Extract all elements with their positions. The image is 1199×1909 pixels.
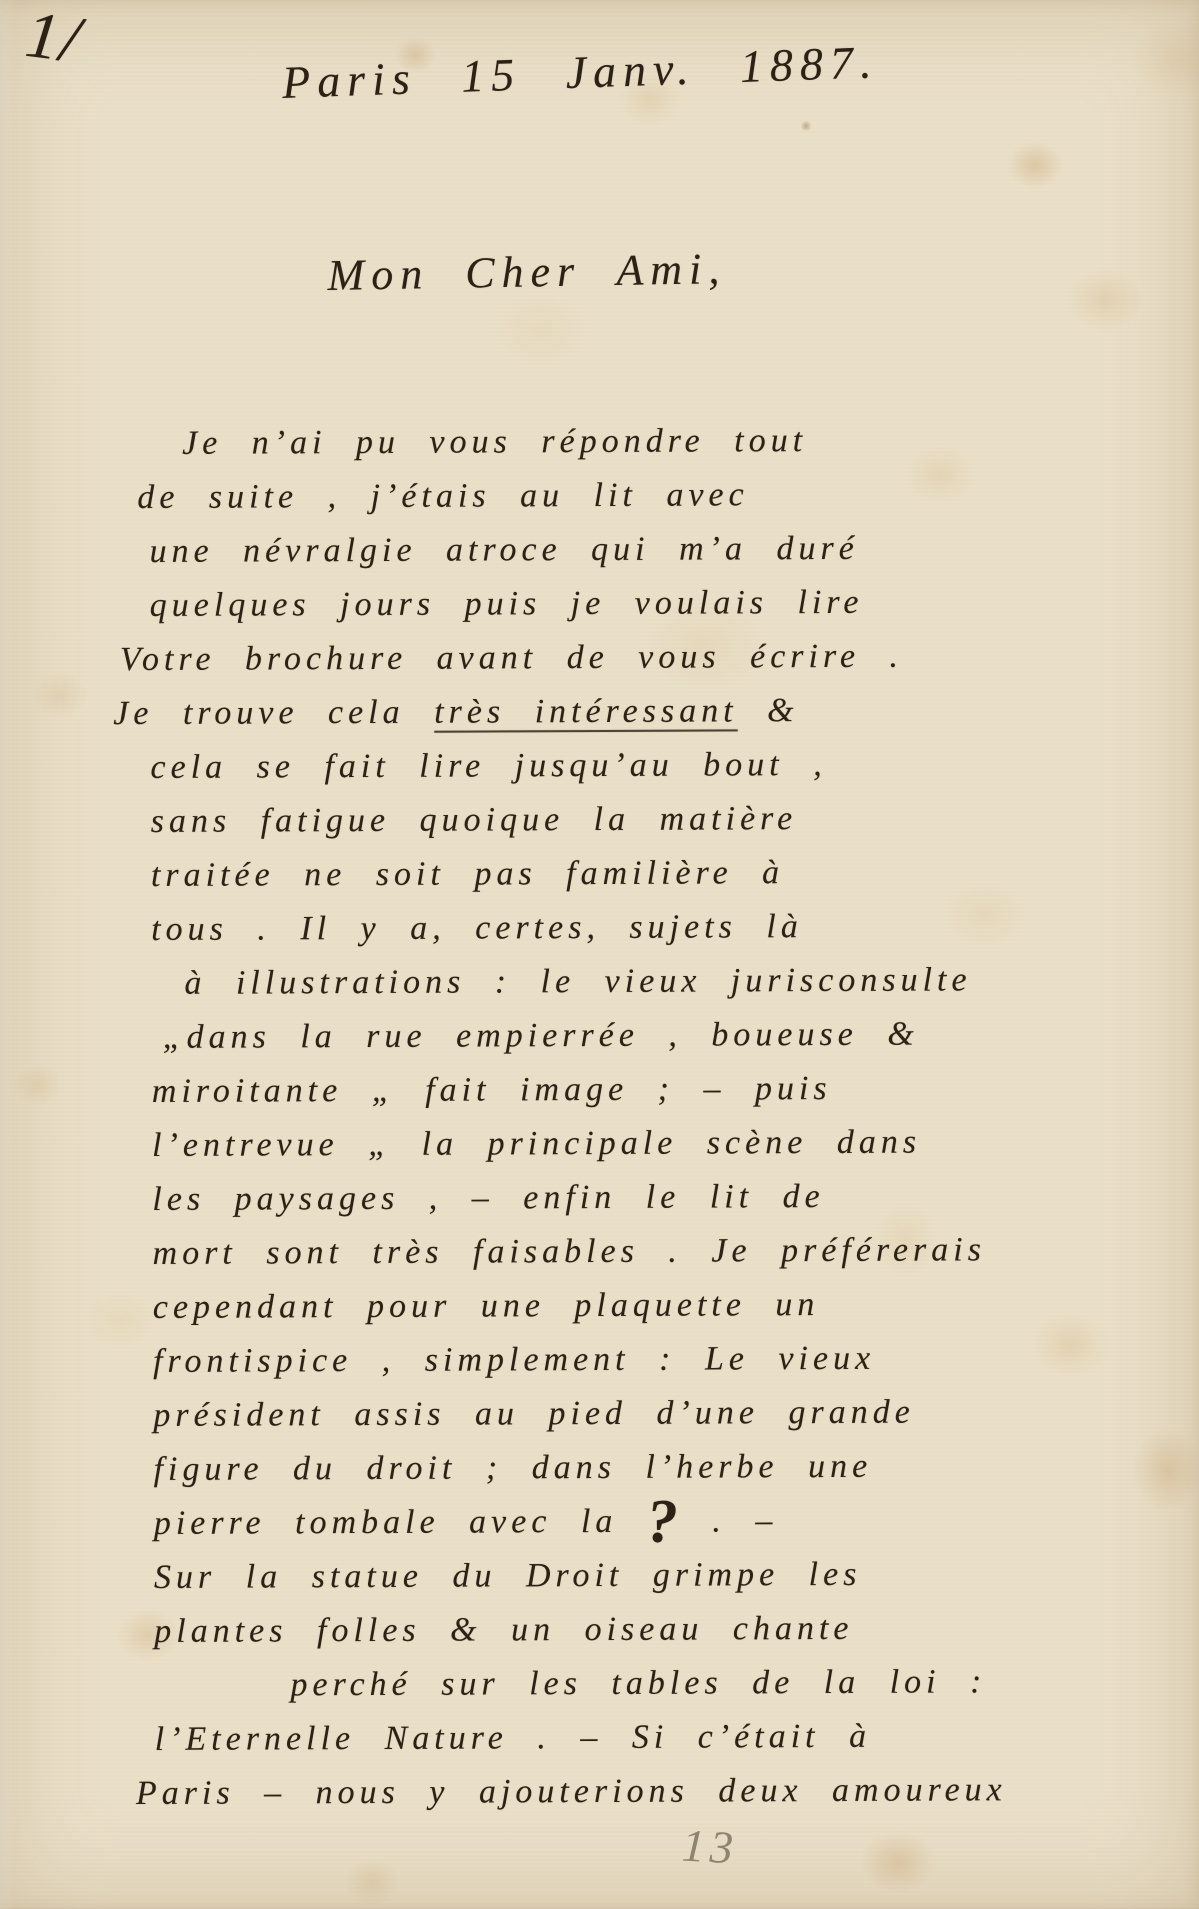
letter-line: traitée ne soit pas familière à — [0, 844, 1198, 903]
letter-line: cela se fait lire jusqu’au bout , — [0, 736, 1198, 795]
text-segment: sans fatigue quoique la matière — [151, 800, 798, 840]
letter-page: 1/ Paris 15 Janv. 1887. Mon Cher Ami, Je… — [0, 0, 1199, 1909]
text-segment: président assis au pied d’une grande — [153, 1394, 915, 1434]
letter-line: Je n’ai pu vous répondre tout — [0, 412, 1196, 471]
letter-line: Paris – nous y ajouterions deux amoureux — [3, 1762, 1199, 1821]
letter-line: les paysages , – enfin le lit de — [0, 1168, 1199, 1227]
letter-line: „dans la rue empierrée , boueuse & — [0, 1006, 1199, 1065]
letter-line: l’entrevue „ la principale scène dans — [0, 1114, 1199, 1173]
text-segment: l’entrevue „ la principale scène dans — [152, 1124, 921, 1164]
letter-line: figure du droit ; dans l’herbe une — [1, 1438, 1199, 1497]
letter-line: frontispice , simplement : Le vieux — [1, 1330, 1199, 1389]
letter-line: cependant pour une plaquette un — [1, 1276, 1199, 1335]
page-number-mark: 1/ — [22, 0, 86, 79]
letter-line: Je trouve cela très intéressant & — [0, 682, 1197, 741]
text-segment: figure du droit ; dans l’herbe une — [153, 1448, 872, 1488]
text-segment: Je trouve cela — [113, 694, 434, 732]
text-segment: une névralgie atroce qui m’a duré — [149, 530, 858, 570]
letter-line: Sur la statue du Droit grimpe les — [2, 1546, 1199, 1605]
underlined-phrase: très intéressant — [434, 692, 738, 730]
letter-line: Votre brochure avant de vous écrire . — [0, 628, 1197, 687]
text-segment: plantes folles & un oiseau chante — [154, 1610, 853, 1650]
text-segment: les paysages , – enfin le lit de — [152, 1178, 825, 1218]
text-segment: miroitante „ fait image ; – puis — [152, 1070, 832, 1110]
letter-line: sans fatigue quoique la matière — [0, 790, 1198, 849]
text-segment: tous . Il y a, certes, sujets là — [151, 908, 803, 948]
letter-body: Je n’ai pu vous répondre toutde suite , … — [0, 412, 1199, 1821]
text-segment: cela se fait lire jusqu’au bout , — [150, 746, 826, 786]
text-segment: . – — [683, 1502, 778, 1539]
text-segment: Votre brochure avant de vous écrire . — [120, 638, 903, 678]
text-segment: perché sur les tables de la loi : — [290, 1663, 986, 1703]
text-segment: traitée ne soit pas familière à — [151, 854, 784, 894]
text-segment: mort sont très faisables . Je préférerai… — [153, 1231, 986, 1272]
letter-line: quelques jours puis je voulais lire — [0, 574, 1197, 633]
letter-line: mort sont très faisables . Je préférerai… — [0, 1222, 1199, 1281]
letter-line: président assis au pied d’une grande — [1, 1384, 1199, 1443]
text-segment: Sur la statue du Droit grimpe les — [154, 1556, 862, 1596]
text-segment: à illustrations : le vieux jurisconsulte — [184, 961, 971, 1001]
salutation: Mon Cher Ami, — [327, 243, 727, 301]
letter-line: de suite , j’étais au lit avec — [0, 466, 1196, 525]
dateline: Paris 15 Janv. 1887. — [281, 35, 879, 109]
letter-line: pierre tombale avec la ? . – — [2, 1492, 1199, 1551]
text-segment: „dans la rue empierrée , boueuse & — [163, 1016, 919, 1056]
text-segment: l’Eternelle Nature . – Si c’était à — [155, 1718, 872, 1758]
letter-line: plantes folles & un oiseau chante — [2, 1600, 1199, 1659]
text-segment: quelques jours puis je voulais lire — [150, 584, 864, 624]
text-segment: frontispice , simplement : Le vieux — [153, 1340, 875, 1380]
letter-line: l’Eternelle Nature . – Si c’était à — [3, 1708, 1199, 1767]
pencil-number: 13 — [681, 1819, 740, 1875]
text-segment: Paris – nous y ajouterions deux amoureux — [136, 1771, 1007, 1812]
letter-line: une névralgie atroce qui m’a duré — [0, 520, 1197, 579]
text-segment: & — [738, 692, 799, 729]
text-segment: cependant pour une plaquette un — [153, 1286, 820, 1326]
letter-line: miroitante „ fait image ; – puis — [0, 1060, 1199, 1119]
text-segment: Je n’ai pu vous répondre tout — [182, 422, 807, 462]
letter-line: tous . Il y a, certes, sujets là — [0, 898, 1198, 957]
letter-line: à illustrations : le vieux jurisconsulte — [0, 952, 1199, 1011]
large-question-mark: ? — [647, 1488, 683, 1556]
text-segment: pierre tombale avec la — [154, 1503, 647, 1542]
text-segment: de suite , j’étais au lit avec — [137, 476, 749, 516]
letter-line: perché sur les tables de la loi : — [2, 1654, 1199, 1713]
